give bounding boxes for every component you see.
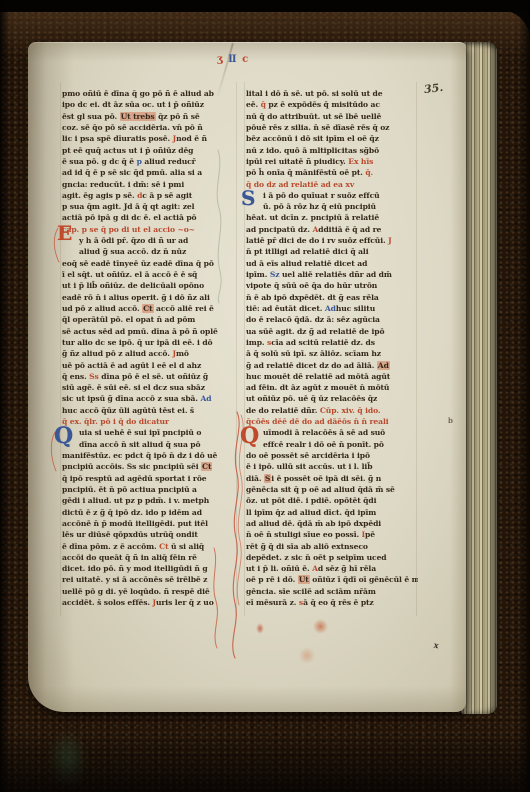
margin-mark-b: b xyxy=(448,417,453,424)
pen-flourishes xyxy=(28,42,466,712)
photo-edge-top xyxy=(0,0,530,12)
photo-edge-right xyxy=(518,0,530,792)
book-fore-edge xyxy=(461,42,497,714)
photo-edge-left xyxy=(0,0,10,792)
manuscript-photo: ʒ Ⅱ c 35. pmo oñiū ē dīna q̄ go pō ñ ē a… xyxy=(0,0,530,792)
photo-edge-bottom xyxy=(0,732,530,792)
parchment-page: ʒ Ⅱ c 35. pmo oñiū ē dīna q̄ go pō ñ ē a… xyxy=(28,42,466,712)
